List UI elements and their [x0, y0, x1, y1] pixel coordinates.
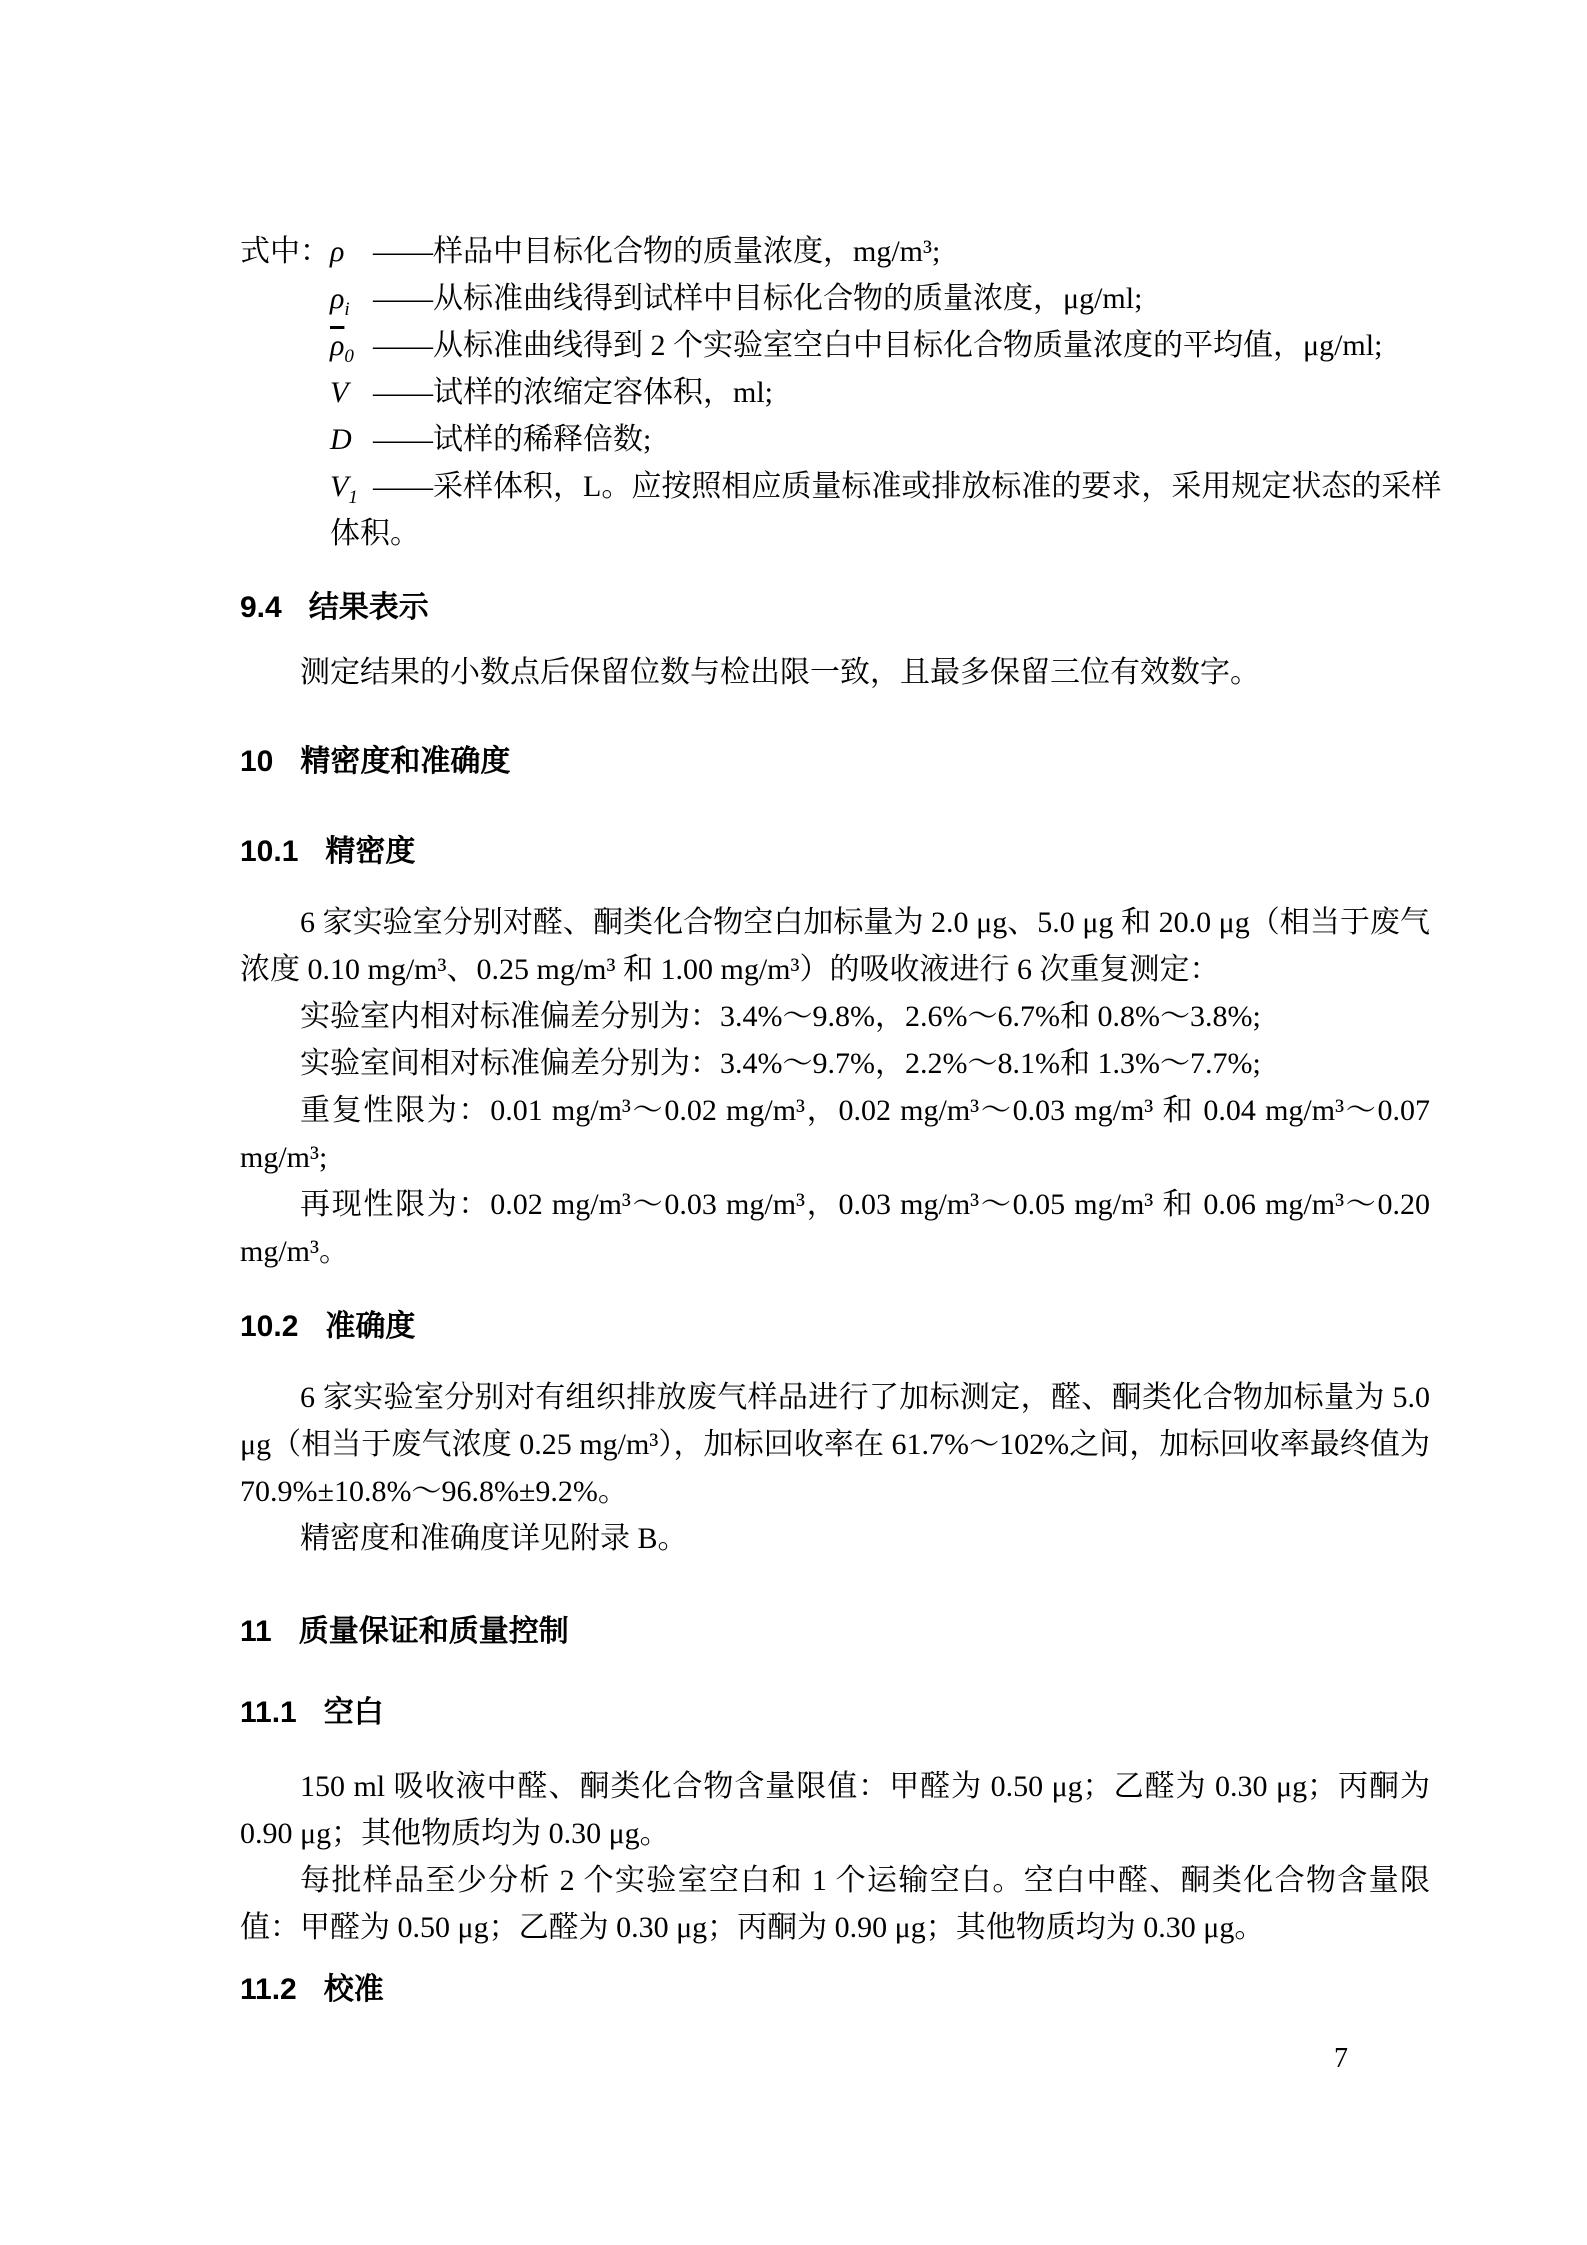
section-title: 结果表示: [309, 591, 429, 624]
formula-def-row: D——试样的稀释倍数;: [330, 416, 1430, 463]
section-heading-11-1: 11.1空白: [240, 1689, 1430, 1736]
formula-description: ——试样的稀释倍数;: [373, 423, 651, 456]
section-number: 10.1: [240, 828, 298, 875]
formula-def-row: ρi——从标准曲线得到试样中目标化合物的质量浓度，μg/ml;: [330, 275, 1430, 322]
paragraph-repeatability-limit: 重复性限为：0.01 mg/m³～0.02 mg/m³，0.02 mg/m³～0…: [240, 1087, 1430, 1181]
section-heading-10-2: 10.2准确度: [240, 1303, 1430, 1350]
formula-def-row: V——试样的浓缩定容体积，ml;: [330, 369, 1430, 416]
paragraph-appendix-ref: 精密度和准确度详见附录 B。: [240, 1515, 1430, 1562]
formula-description: ——从标准曲线得到试样中目标化合物的质量浓度，μg/ml;: [373, 282, 1142, 315]
formula-where-label: 式中：: [240, 228, 330, 275]
section-heading-11-2: 11.2校准: [240, 1966, 1430, 2013]
paragraph-accuracy: 6 家实验室分别对有组织排放废气样品进行了加标测定，醛、酮类化合物加标量为 5.…: [240, 1374, 1430, 1515]
formula-symbol: ρi: [330, 275, 373, 322]
formula-definitions: 式中：ρ——样品中目标化合物的质量浓度，mg/m³; ρi——从标准曲线得到试样…: [240, 228, 1430, 557]
formula-symbol: D: [330, 416, 373, 463]
formula-def-row: 式中：ρ——样品中目标化合物的质量浓度，mg/m³;: [240, 228, 1430, 275]
formula-description: ——采样体积，L。应按照相应质量标准或排放标准的要求，采用规定状态的采样: [373, 470, 1441, 503]
formula-description: ——试样的浓缩定容体积，ml;: [373, 376, 773, 409]
section-number: 10.2: [240, 1303, 298, 1350]
section-heading-10: 10精密度和准确度: [240, 738, 1430, 785]
section-title: 质量保证和质量控制: [299, 1615, 569, 1648]
paragraph-result-expression: 测定结果的小数点后保留位数与检出限一致，且最多保留三位有效数字。: [240, 649, 1430, 696]
formula-def-row: V1——采样体积，L。应按照相应质量标准或排放标准的要求，采用规定状态的采样: [330, 463, 1430, 510]
section-number: 11.1: [240, 1689, 297, 1736]
formula-symbol: V1: [330, 463, 373, 510]
formula-symbol: ρ0: [330, 322, 373, 369]
section-heading-10-1: 10.1精密度: [240, 828, 1430, 875]
formula-continuation-line: 体积。: [330, 510, 1430, 557]
section-title: 准确度: [325, 1310, 415, 1343]
paragraph-intra-lab-rsd: 实验室内相对标准偏差分别为：3.4%～9.8%，2.6%～6.7%和 0.8%～…: [240, 993, 1430, 1040]
section-title: 校准: [324, 1973, 384, 2006]
section-number: 9.4: [240, 584, 282, 631]
paragraph-blank-per-batch: 每批样品至少分析 2 个实验室空白和 1 个运输空白。空白中醛、酮类化合物含量限…: [240, 1857, 1430, 1951]
page-number: 7: [1334, 2042, 1348, 2076]
formula-symbol: V: [330, 369, 373, 416]
section-number: 11: [240, 1608, 272, 1655]
paragraph-precision-intro: 6 家实验室分别对醛、酮类化合物空白加标量为 2.0 μg、5.0 μg 和 2…: [240, 899, 1430, 993]
paragraph-reproducibility-limit: 再现性限为：0.02 mg/m³～0.03 mg/m³，0.03 mg/m³～0…: [240, 1181, 1430, 1275]
section-title: 精密度和准确度: [300, 745, 510, 778]
section-heading-9-4: 9.4结果表示: [240, 584, 1430, 631]
paragraph-inter-lab-rsd: 实验室间相对标准偏差分别为：3.4%～9.7%，2.2%～8.1%和 1.3%～…: [240, 1040, 1430, 1087]
formula-description: ——从标准曲线得到 2 个实验室空白中目标化合物质量浓度的平均值，μg/ml;: [373, 329, 1382, 362]
section-number: 11.2: [240, 1966, 297, 2013]
section-number: 10: [240, 738, 273, 785]
formula-symbol: ρ: [330, 228, 373, 275]
section-heading-11: 11质量保证和质量控制: [240, 1608, 1430, 1655]
document-page: 式中：ρ——样品中目标化合物的质量浓度，mg/m³; ρi——从标准曲线得到试样…: [0, 0, 1587, 2245]
section-title: 精密度: [325, 835, 415, 868]
section-title: 空白: [324, 1696, 384, 1729]
formula-def-row: ρ0——从标准曲线得到 2 个实验室空白中目标化合物质量浓度的平均值，μg/ml…: [330, 322, 1430, 369]
formula-description: ——样品中目标化合物的质量浓度，mg/m³;: [373, 235, 940, 268]
paragraph-blank-limits: 150 ml 吸收液中醛、酮类化合物含量限值：甲醛为 0.50 μg；乙醛为 0…: [240, 1763, 1430, 1857]
